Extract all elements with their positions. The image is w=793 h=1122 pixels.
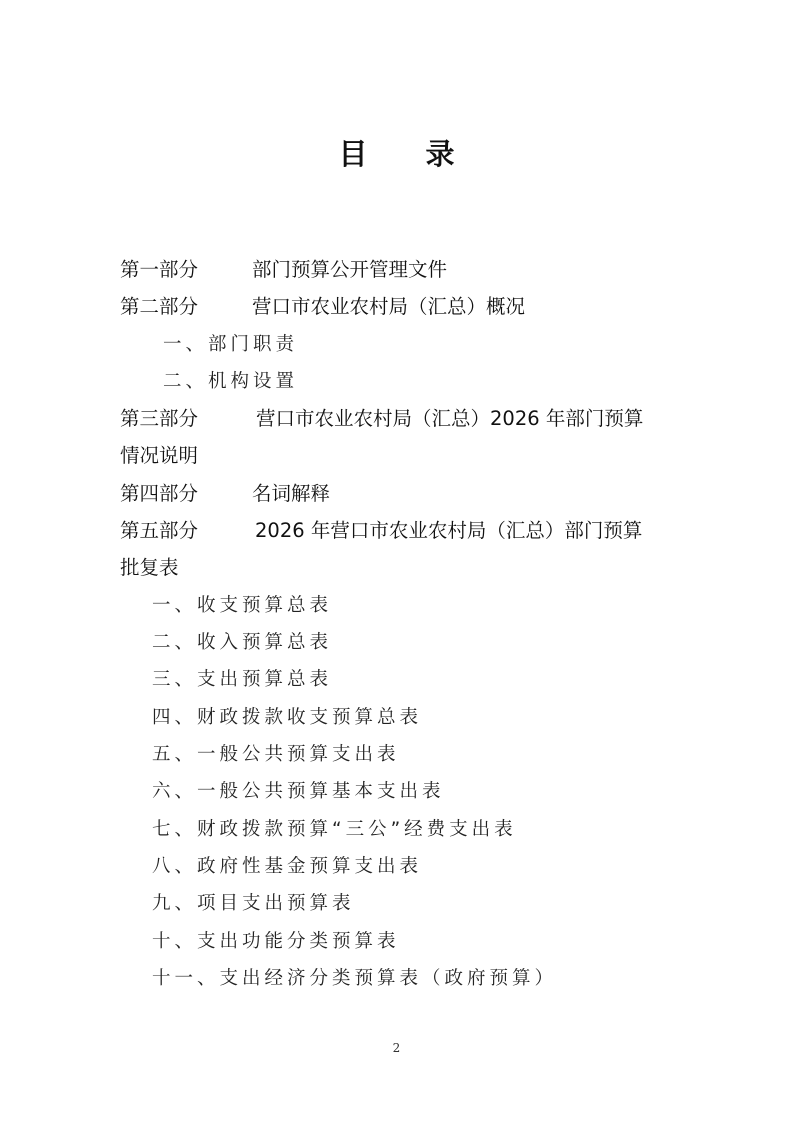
- toc-subitem[interactable]: 三、支出预算总表: [152, 668, 332, 692]
- part-label: 第四部分: [120, 482, 252, 506]
- toc-part-4[interactable]: 第四部分名词解释: [120, 482, 330, 506]
- toc-part-3-continuation: 情况说明: [120, 444, 198, 468]
- title-char-1: 目: [338, 132, 367, 173]
- toc-subitem[interactable]: 八、政府性基金预算支出表: [152, 855, 422, 879]
- toc-part-2[interactable]: 第二部分营口市农业农村局（汇总）概况: [120, 295, 525, 319]
- toc-part-5-continuation: 批复表: [120, 556, 179, 580]
- toc-subitem[interactable]: 九、项目支出预算表: [152, 892, 355, 916]
- document-page: 目录 第一部分部门预算公开管理文件 第二部分营口市农业农村局（汇总）概况 一、部…: [0, 0, 793, 1122]
- toc-subitem[interactable]: 一、部门职责: [163, 333, 298, 357]
- part-title: 营口市农业农村局（汇总）2026 年部门预算: [256, 407, 643, 431]
- page-title: 目录: [0, 132, 793, 173]
- toc-part-1[interactable]: 第一部分部门预算公开管理文件: [120, 258, 447, 282]
- part-label: 第三部分: [120, 407, 256, 431]
- toc-subitem[interactable]: 四、财政拨款收支预算总表: [152, 706, 422, 730]
- toc-subitem[interactable]: 五、一般公共预算支出表: [152, 743, 400, 767]
- toc-subitem[interactable]: 二、收入预算总表: [152, 631, 332, 655]
- part-label: 第二部分: [120, 295, 252, 319]
- part-title: 2026 年营口市农业农村局（汇总）部门预算: [255, 519, 642, 543]
- toc-subitem[interactable]: 十一、支出经济分类预算表（政府预算）: [152, 967, 557, 991]
- part-title: 部门预算公开管理文件: [252, 258, 447, 282]
- toc-subitem[interactable]: 七、财政拨款预算“三公”经费支出表: [152, 818, 517, 842]
- toc-subitem[interactable]: 二、机构设置: [163, 370, 298, 394]
- toc-subitem[interactable]: 一、收支预算总表: [152, 594, 332, 618]
- toc-subitem[interactable]: 十、支出功能分类预算表: [152, 930, 400, 954]
- page-number: 2: [0, 1041, 793, 1055]
- toc-subitem[interactable]: 六、一般公共预算基本支出表: [152, 780, 445, 804]
- part-title: 营口市农业农村局（汇总）概况: [252, 295, 525, 319]
- toc-part-3[interactable]: 第三部分营口市农业农村局（汇总）2026 年部门预算: [120, 407, 643, 431]
- part-title: 名词解释: [252, 482, 330, 506]
- toc-part-5[interactable]: 第五部分2026 年营口市农业农村局（汇总）部门预算: [120, 519, 642, 543]
- part-label: 第一部分: [120, 258, 252, 282]
- part-label: 第五部分: [120, 519, 255, 543]
- title-char-2: 录: [426, 132, 455, 173]
